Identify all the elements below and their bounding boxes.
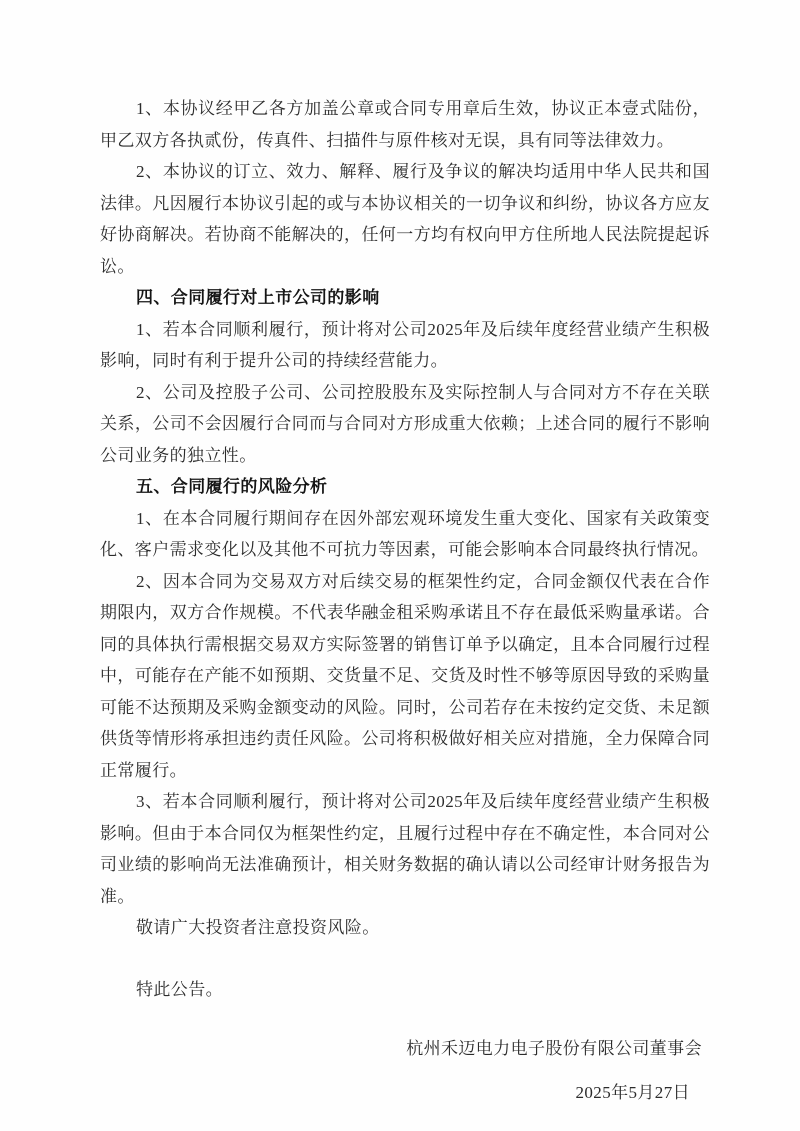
impact-item-1: 1、若本合同顺利履行，预计将对公司2025年及后续年度经营业绩产生积极影响，同时… — [100, 314, 710, 377]
signature-date: 2025年5月27日 — [100, 1077, 710, 1109]
investor-risk-notice: 敬请广大投资者注意投资风险。 — [100, 912, 710, 944]
clause-effectiveness: 1、本协议经甲乙各方加盖公章或合同专用章后生效，协议正本壹式陆份，甲乙双方各执贰… — [100, 93, 710, 156]
closing-announcement: 特此公告。 — [100, 974, 710, 1006]
section-heading-impact-on-listed-company: 四、合同履行对上市公司的影响 — [100, 282, 710, 314]
risk-item-2: 2、因本合同为交易双方对后续交易的框架性约定，合同金额仅代表在合作期限内，双方合… — [100, 566, 710, 787]
impact-item-2: 2、公司及控股子公司、公司控股股东及实际控制人与合同对方不存在关联关系，公司不会… — [100, 377, 710, 472]
section-heading-risk-analysis: 五、合同履行的风险分析 — [100, 471, 710, 503]
risk-item-1: 1、在本合同履行期间存在因外部宏观环境发生重大变化、国家有关政策变化、客户需求变… — [100, 503, 710, 566]
clause-governing-law: 2、本协议的订立、效力、解释、履行及争议的解决均适用中华人民共和国法律。凡因履行… — [100, 156, 710, 282]
signature-company-board: 杭州禾迈电力电子股份有限公司董事会 — [100, 1033, 710, 1065]
document-page: 1、本协议经甲乙各方加盖公章或合同专用章后生效，协议正本壹式陆份，甲乙双方各执贰… — [0, 0, 800, 1131]
risk-item-3: 3、若本合同顺利履行，预计将对公司2025年及后续年度经营业绩产生积极影响。但由… — [100, 786, 710, 912]
